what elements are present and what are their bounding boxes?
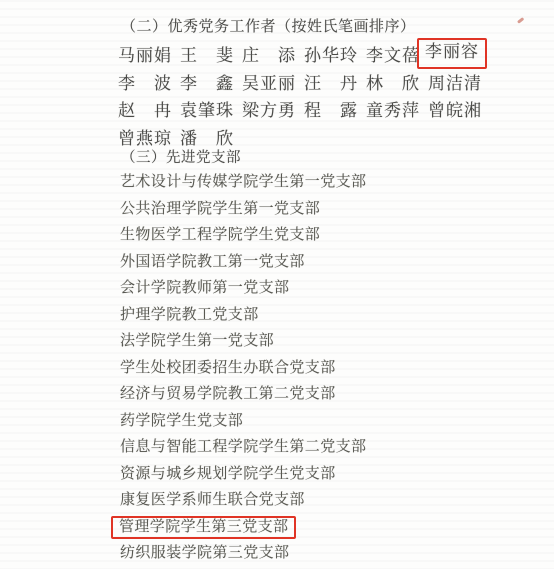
branch-item: 康复医学系师生联合党支部 [120,487,366,514]
branch-item: 信息与智能工程学院学生第二党支部 [120,434,366,461]
branch-item: 纺织服装学院第三党支部 [120,540,366,567]
branch-list: 艺术设计与传媒学院学生第一党支部 公共治理学院学生第一党支部 生物医学工程学院学… [120,169,366,567]
branch-item: 法学院学生第一党支部 [120,328,366,355]
branch-item-highlighted: 管理学院学生第三党支部 [120,514,366,541]
section-heading-branches: （三）先进党支部 [121,146,241,167]
awardee-name: 汪 丹 [304,69,366,94]
awardee-row: 马丽娟 王 斐 庄 添 孙华玲 李文蓓 李丽容 [118,40,490,68]
awardee-row: 赵 冉 袁肇珠 梁方勇 程 露 童秀萍 曾皖湘 [118,95,490,123]
awardee-name: 王 斐 [180,41,242,66]
awardee-name: 曾皖湘 [428,96,490,121]
awardee-row: 李 波 李 鑫 吴亚丽 汪 丹 林 欣 周洁清 [118,68,490,96]
awardee-name: 梁方勇 [242,96,304,121]
awardee-name: 程 露 [304,96,366,121]
section-heading-awardees: （二）优秀党务工作者（按姓氏笔画排序） [121,15,416,36]
branch-item: 资源与城乡规划学院学生党支部 [120,461,366,488]
branch-item: 学生处校团委招生办联合党支部 [120,355,366,382]
awardee-name: 童秀萍 [366,96,428,121]
highlight-box-li-lirong: 李丽容 [417,38,487,69]
awardee-name: 周洁清 [428,69,490,94]
branch-item: 外国语学院教工第一党支部 [120,249,366,276]
awardee-name: 袁肇珠 [180,96,242,121]
scanned-document-page: （二）优秀党务工作者（按姓氏笔画排序） 马丽娟 王 斐 庄 添 孙华玲 李文蓓 … [0,0,554,569]
highlight-box-management-branch: 管理学院学生第三党支部 [111,516,296,539]
awardee-name: 李丽容 [425,42,479,61]
branch-item: 药学院学生党支部 [120,408,366,435]
awardee-name: 马丽娟 [118,41,180,66]
branch-item: 生物医学工程学院学生党支部 [120,222,366,249]
awardee-name: 庄 添 [242,41,304,66]
awardee-name-grid: 马丽娟 王 斐 庄 添 孙华玲 李文蓓 李丽容 李 波 李 鑫 吴亚丽 汪 丹 … [118,40,490,150]
branch-item: 经济与贸易学院教工第二党支部 [120,381,366,408]
awardee-name: 李 鑫 [180,69,242,94]
branch-item: 艺术设计与传媒学院学生第一党支部 [120,169,366,196]
branch-item: 会计学院教师第一党支部 [120,275,366,302]
awardee-name: 赵 冉 [118,96,180,121]
stray-red-mark [517,17,524,23]
awardee-name: 孙华玲 [304,41,366,66]
awardee-name-highlighted: 李丽容 [428,38,490,69]
awardee-name: 林 欣 [366,69,428,94]
awardee-name: 李 波 [118,69,180,94]
awardee-name: 吴亚丽 [242,69,304,94]
branch-item: 护理学院教工党支部 [120,302,366,329]
branch-item: 公共治理学院学生第一党支部 [120,196,366,223]
